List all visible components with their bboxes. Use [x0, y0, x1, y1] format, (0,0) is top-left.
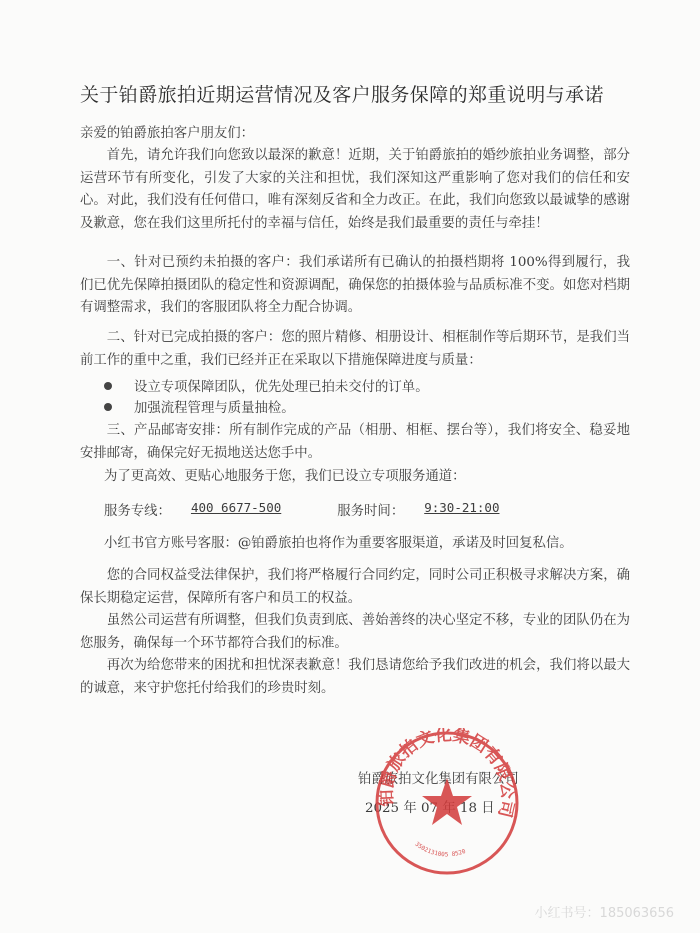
document-page: 关于铂爵旅拍近期运营情况及客户服务保障的郑重说明与承诺 亲爱的铂爵旅拍客户朋友们… [0, 0, 700, 933]
commitment-paragraph: 虽然公司运营有所调整，但我们负责到底、善始善终的决心坚定不移，专业的团队仍在为您… [80, 610, 630, 655]
bullet-icon [104, 403, 112, 411]
bullet-icon [104, 382, 112, 390]
greeting: 亲爱的铂爵旅拍客户朋友们： [80, 123, 630, 146]
hotline-number: 400 6677-500 [185, 500, 287, 519]
list-item-text: 设立专项保障团队，优先处理已拍未交付的订单。 [134, 376, 429, 395]
closing-paragraph: 再次为给您带来的困扰和担忧深表歉意！我们恳请您给予我们改进的机会，我们将以最大的… [80, 655, 630, 700]
xiaohongshu-service: 小红书官方账号客服：@铂爵旅拍也将作为重要客服渠道，承诺及时回复私信。 [104, 533, 654, 556]
service-info-row: 服务专线： 400 6677-500 服务时间： 9:30-21:00 [104, 500, 505, 519]
measures-list: 设立专项保障团队，优先处理已拍未交付的订单。 加强流程管理与质量抽检。 [104, 375, 624, 417]
contract-paragraph: 您的合同权益受法律保护，我们将严格履行合同约定，同时公司正积极寻求解决方案，确保… [80, 565, 630, 610]
hours-label: 服务时间： [337, 500, 404, 519]
point-3-paragraph: 三、产品邮寄安排：所有制作完成的产品（相册、相框、摆台等），我们将安全、稳妥地安… [80, 420, 630, 465]
hotline-label: 服务专线： [104, 500, 171, 519]
document-title: 关于铂爵旅拍近期运营情况及客户服务保障的郑重说明与承诺 [80, 80, 640, 107]
list-item: 设立专项保障团队，优先处理已拍未交付的订单。 [104, 375, 624, 396]
list-item-text: 加强流程管理与质量抽检。 [134, 397, 295, 416]
point-2-paragraph: 二、针对已完成拍摄的客户：您的照片精修、相册设计、相框制作等后期环节，是我们当前… [80, 327, 630, 372]
apology-paragraph: 首先，请允许我们向您致以最深的歉意！近期，关于铂爵旅拍的婚纱旅拍业务调整，部分运… [80, 145, 630, 235]
service-intro: 为了更高效、更贴心地服务于您，我们已设立专项服务通道： [104, 466, 654, 489]
point-1-paragraph: 一、针对已预约未拍摄的客户：我们承诺所有已确认的拍摄档期将 100%得到履行，我… [80, 252, 630, 320]
list-item: 加强流程管理与质量抽检。 [104, 396, 624, 417]
watermark: 小红书号：185063656 [535, 902, 674, 921]
svg-text:3502131005 8520: 3502131005 8520 [414, 841, 468, 859]
service-hours: 9:30-21:00 [418, 500, 505, 519]
company-seal-icon: 铂爵旅拍文化集团有限公司 3502131005 8520 [372, 728, 522, 878]
